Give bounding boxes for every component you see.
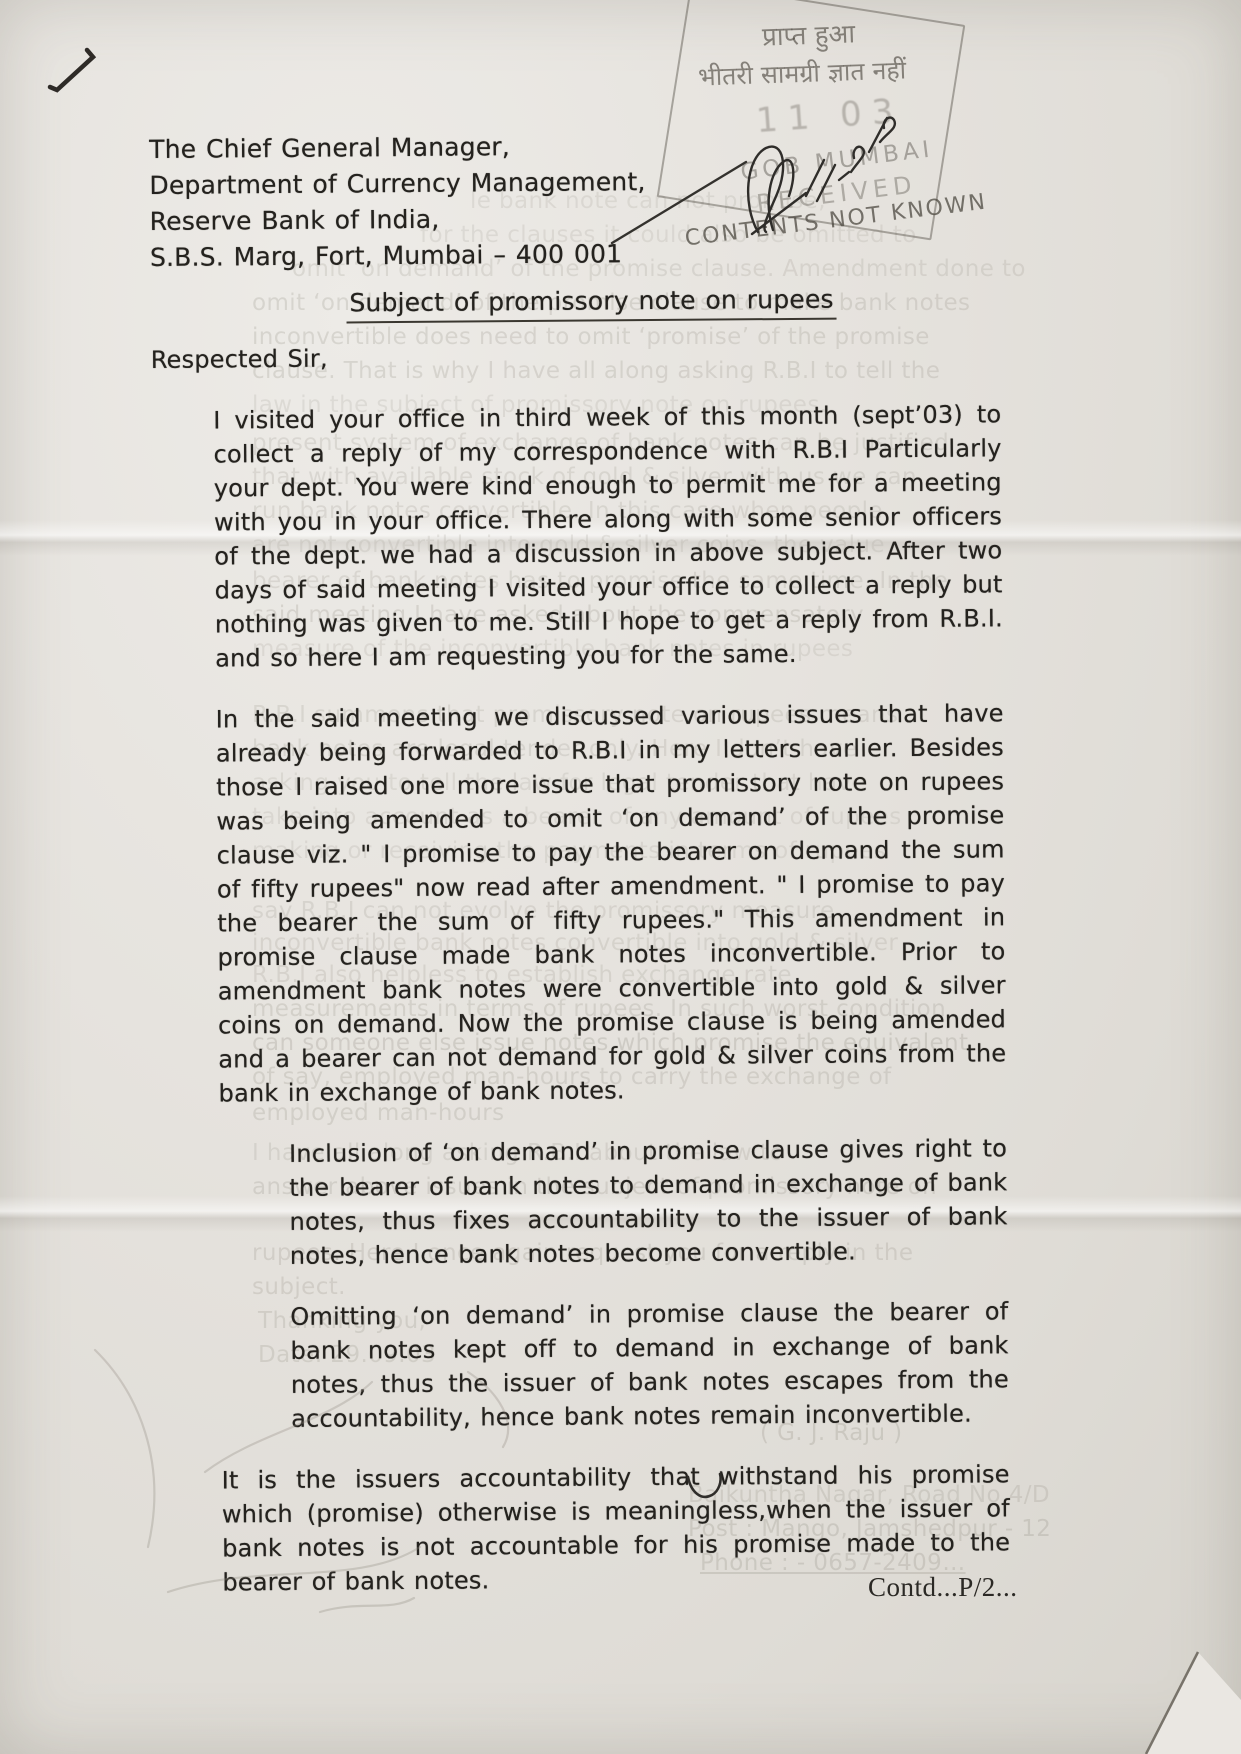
recipient-address: The Chief General Manager, Department of… [149,125,1002,276]
paragraph-2: In the said meeting we discussed various… [216,696,1007,1110]
paragraph-4: Omitting ‘on demand’ in promise clause t… [290,1294,1009,1436]
address-line: S.B.S. Marg, Fort, Mumbai – 400 001 [150,233,1002,276]
paragraph-3: Inclusion of ‘on demand’ in promise clau… [289,1131,1008,1273]
staple-mark [50,50,93,90]
letter-body: The Chief General Manager, Department of… [148,0,1013,1600]
subject-line: Subject of promissory note on rupees [346,283,837,324]
salutation: Respected Sir, [151,336,1003,377]
scanned-letter-page: le bank note can not promise, for the cl… [0,0,1241,1754]
paragraph-1: I visited your office in third week of t… [213,397,1003,675]
corner-fold [1146,1652,1241,1754]
continued-page-note: Contd...P/2... [868,1572,1018,1603]
